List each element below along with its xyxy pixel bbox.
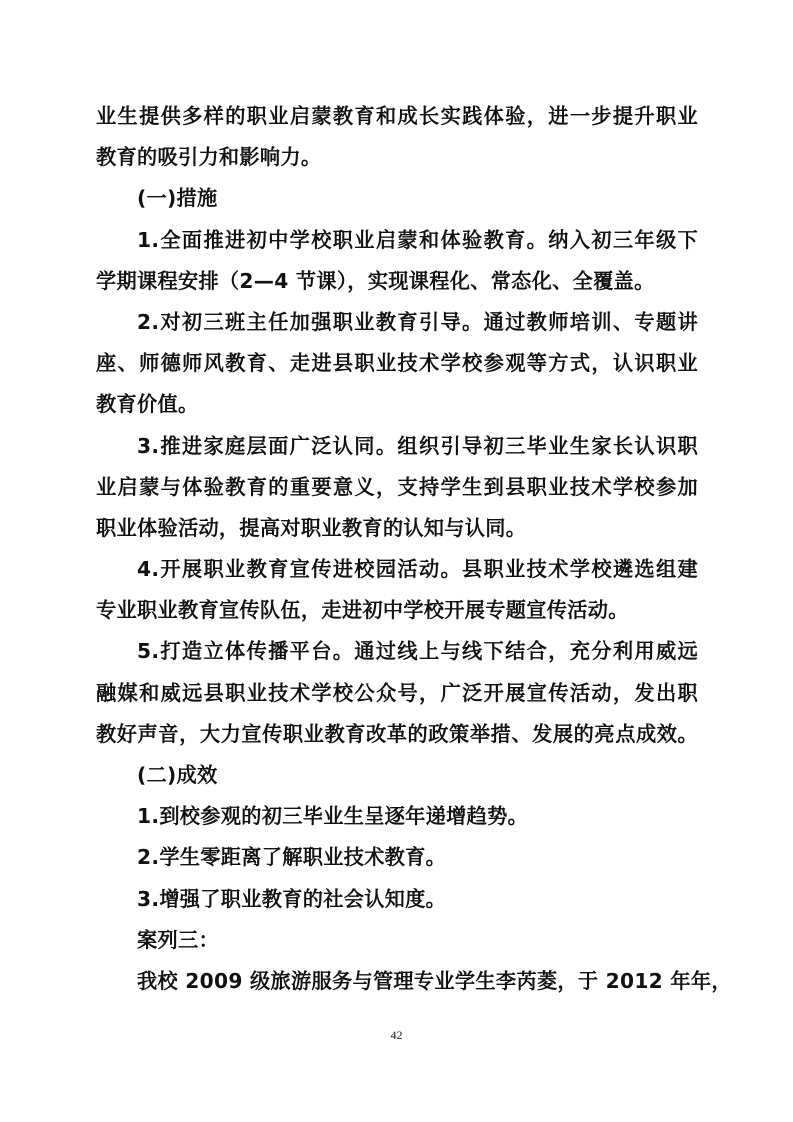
- paragraph-line-end: 教育的吸引力和影响力。: [96, 137, 698, 178]
- measure-item-4-line: 4.开展职业教育宣传进校园活动。县职业技术学校遴选组建: [96, 549, 698, 590]
- paragraph-line-continuation: 业生提供多样的职业启蒙教育和成长实践体验，进一步提升职业: [96, 96, 698, 137]
- measure-item-3-line: 3.推进家庭层面广泛认同。组织引导初三毕业生家长认识职: [96, 426, 698, 467]
- section-heading-results: (二)成效: [96, 755, 698, 796]
- case-three-paragraph-line: 我校 2009 级旅游服务与管理专业学生李芮菱，于 2012 年年，: [96, 961, 698, 1002]
- measure-item-3-line: 业启蒙与体验教育的重要意义，支持学生到县职业技术学校参加: [96, 467, 698, 508]
- measure-item-2-line: 2.对初三班主任加强职业教育引导。通过教师培训、专题讲: [96, 302, 698, 343]
- case-three-heading: 案列三：: [96, 920, 698, 961]
- page-number: 42: [0, 1028, 793, 1043]
- document-page-body: 业生提供多样的职业启蒙教育和成长实践体验，进一步提升职业 教育的吸引力和影响力。…: [96, 96, 698, 1002]
- measure-item-2-line: 教育价值。: [96, 384, 698, 425]
- measure-item-1-line: 1.全面推进初中学校职业启蒙和体验教育。纳入初三年级下: [96, 220, 698, 261]
- result-item-1: 1.到校参观的初三毕业生呈逐年递增趋势。: [96, 796, 698, 837]
- measure-item-5-line: 教好声音，大力宣传职业教育改革的政策举措、发展的亮点成效。: [96, 714, 698, 755]
- result-item-2: 2.学生零距离了解职业技术教育。: [96, 837, 698, 878]
- measure-item-1-line: 学期课程安排（2—4 节课），实现课程化、常态化、全覆盖。: [96, 261, 698, 302]
- measure-item-2-line: 座、师德师风教育、走进县职业技术学校参观等方式，认识职业: [96, 343, 698, 384]
- result-item-3: 3.增强了职业教育的社会认知度。: [96, 879, 698, 920]
- measure-item-4-line: 专业职业教育宣传队伍，走进初中学校开展专题宣传活动。: [96, 590, 698, 631]
- section-heading-measures: (一)措施: [96, 178, 698, 219]
- measure-item-5-line: 融媒和威远县职业技术学校公众号，广泛开展宣传活动，发出职: [96, 673, 698, 714]
- measure-item-5-line: 5.打造立体传播平台。通过线上与线下结合，充分利用威远: [96, 631, 698, 672]
- measure-item-3-line: 职业体验活动，提高对职业教育的认知与认同。: [96, 508, 698, 549]
